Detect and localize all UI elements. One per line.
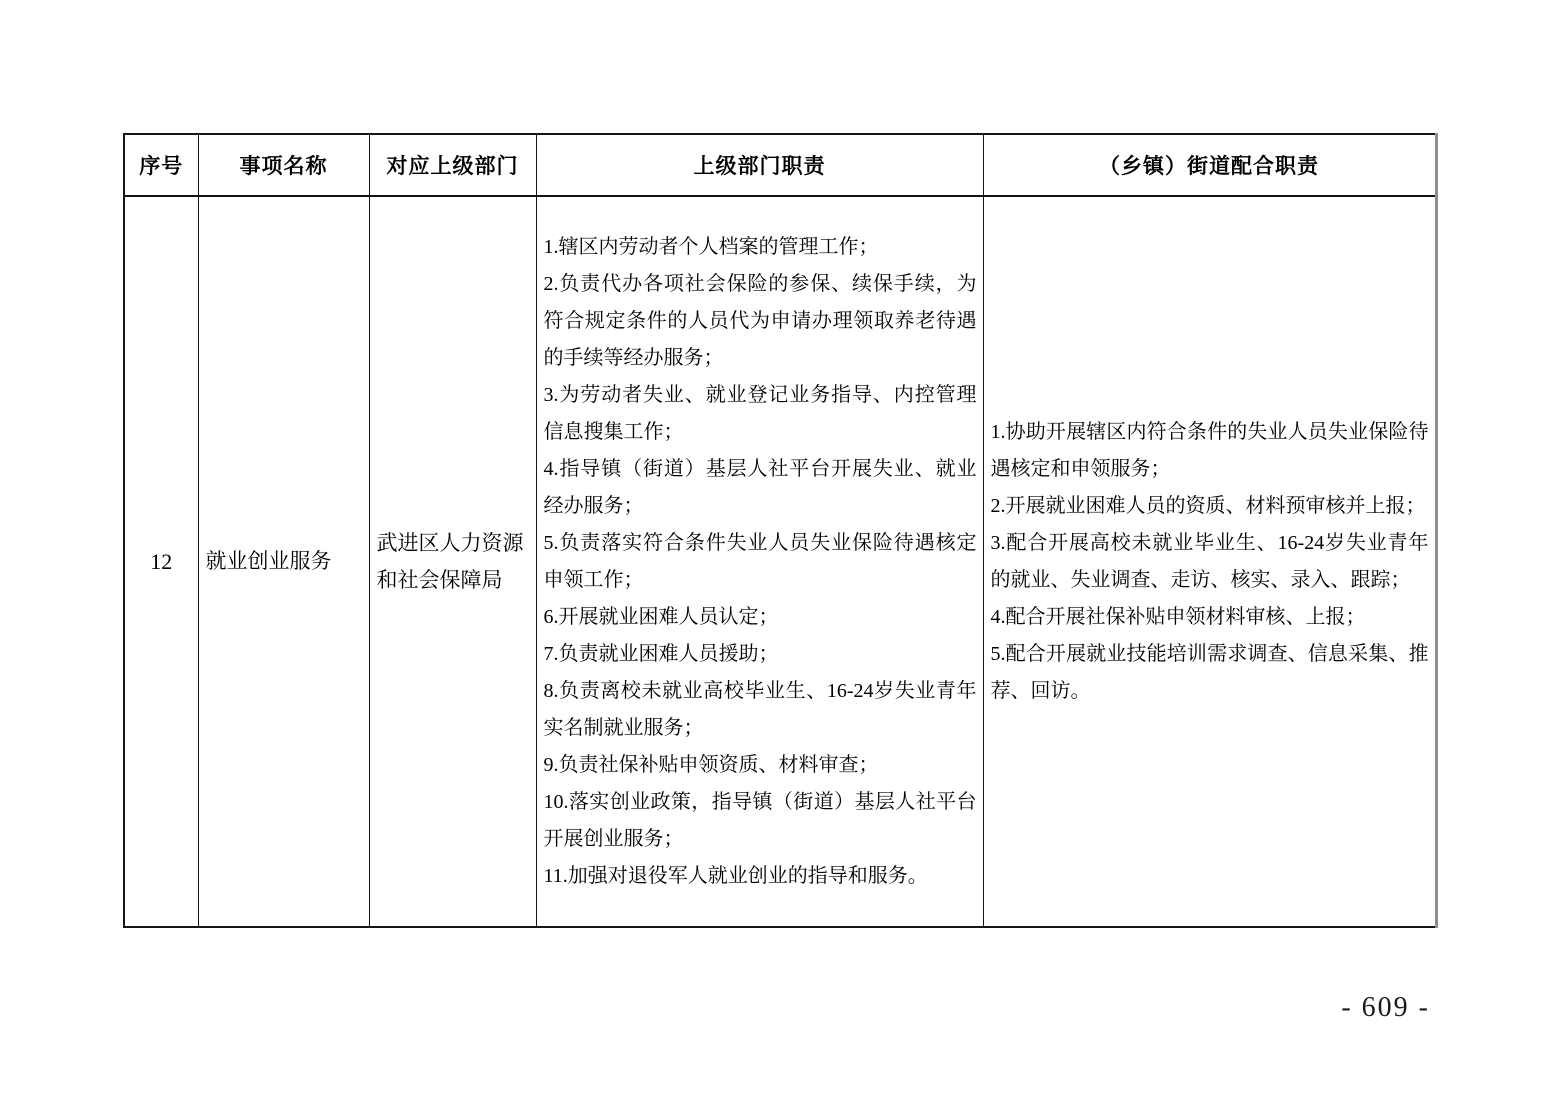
header-item-name: 事项名称 xyxy=(198,134,369,196)
cell-superior-department: 武进区人力资源和社会保障局 xyxy=(369,196,536,927)
street-duty-item: 3.配合开展高校未就业毕业生、16-24岁失业青年的就业、失业调查、走访、核实、… xyxy=(991,525,1429,599)
superior-duty-item: 10.落实创业政策，指导镇（街道）基层人社平台开展创业服务； xyxy=(544,784,977,858)
superior-duty-item: 7.负责就业困难人员援助； xyxy=(544,636,977,673)
responsibility-table-container: 序号 事项名称 对应上级部门 上级部门职责 （乡镇）街道配合职责 12 就业创业… xyxy=(123,133,1435,928)
superior-duty-item: 2.负责代办各项社会保险的参保、续保手续，为符合规定条件的人员代为申请办理领取养… xyxy=(544,266,977,377)
superior-duty-item: 9.负责社保补贴申领资质、材料审查； xyxy=(544,747,977,784)
table-row: 12 就业创业服务 武进区人力资源和社会保障局 1.辖区内劳动者个人档案的管理工… xyxy=(124,196,1436,927)
superior-duty-item: 3.为劳动者失业、就业登记业务指导、内控管理信息搜集工作； xyxy=(544,377,977,451)
superior-duty-item: 11.加强对退役军人就业创业的指导和服务。 xyxy=(544,858,977,895)
superior-duty-item: 8.负责离校未就业高校毕业生、16-24岁失业青年实名制就业服务； xyxy=(544,673,977,747)
cell-street-duties: 1.协助开展辖区内符合条件的失业人员失业保险待遇核定和申领服务； 2.开展就业困… xyxy=(983,196,1436,927)
header-street-duties: （乡镇）街道配合职责 xyxy=(983,134,1436,196)
header-superior-department: 对应上级部门 xyxy=(369,134,536,196)
superior-duty-item: 4.指导镇（街道）基层人社平台开展失业、就业经办服务； xyxy=(544,451,977,525)
superior-duty-item: 5.负责落实符合条件失业人员失业保险待遇核定申领工作； xyxy=(544,525,977,599)
responsibility-table: 序号 事项名称 对应上级部门 上级部门职责 （乡镇）街道配合职责 12 就业创业… xyxy=(123,133,1438,928)
header-serial: 序号 xyxy=(124,134,198,196)
street-duty-item: 4.配合开展社保补贴申领材料审核、上报； xyxy=(991,599,1429,636)
street-duty-item: 1.协助开展辖区内符合条件的失业人员失业保险待遇核定和申领服务； xyxy=(991,414,1429,488)
superior-duty-item: 1.辖区内劳动者个人档案的管理工作； xyxy=(544,229,977,266)
superior-duty-item: 6.开展就业困难人员认定； xyxy=(544,599,977,636)
table-header-row: 序号 事项名称 对应上级部门 上级部门职责 （乡镇）街道配合职责 xyxy=(124,134,1436,196)
header-superior-duties: 上级部门职责 xyxy=(536,134,983,196)
cell-serial: 12 xyxy=(124,196,198,927)
street-duty-item: 2.开展就业困难人员的资质、材料预审核并上报； xyxy=(991,488,1429,525)
cell-superior-duties: 1.辖区内劳动者个人档案的管理工作； 2.负责代办各项社会保险的参保、续保手续，… xyxy=(536,196,983,927)
cell-item-name: 就业创业服务 xyxy=(198,196,369,927)
page-number: - 609 - xyxy=(0,992,1430,1024)
street-duty-item: 5.配合开展就业技能培训需求调查、信息采集、推荐、回访。 xyxy=(991,636,1429,710)
